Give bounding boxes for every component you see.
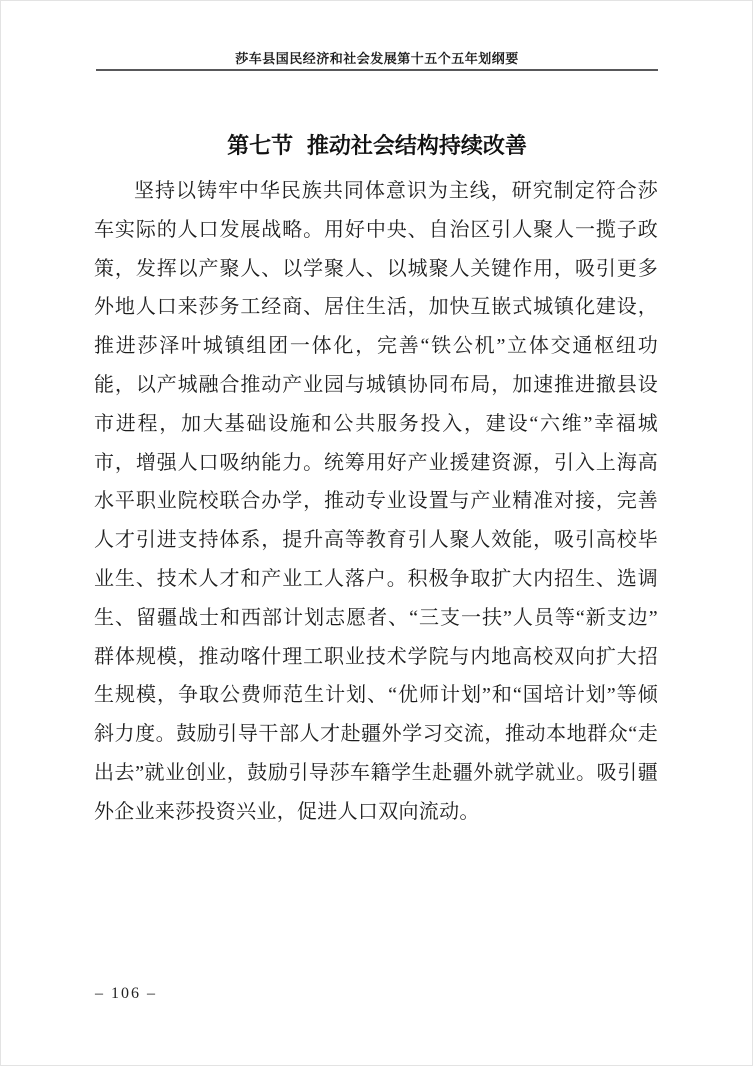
running-header-title: 莎车县国民经济和社会发展第十五个五年划纲要 (96, 51, 658, 66)
document-page: 莎车县国民经济和社会发展第十五个五年划纲要 第七节 推动社会结构持续改善 坚持以… (0, 0, 753, 1066)
header-divider-line (96, 69, 658, 71)
page-number: – 106 – (95, 984, 157, 1004)
section-title: 第七节 推动社会结构持续改善 (48, 132, 706, 160)
body-paragraph: 坚持以铸牢中华民族共同体意识为主线，研究制定符合莎车实际的人口发展战略。用好中央… (94, 172, 658, 832)
